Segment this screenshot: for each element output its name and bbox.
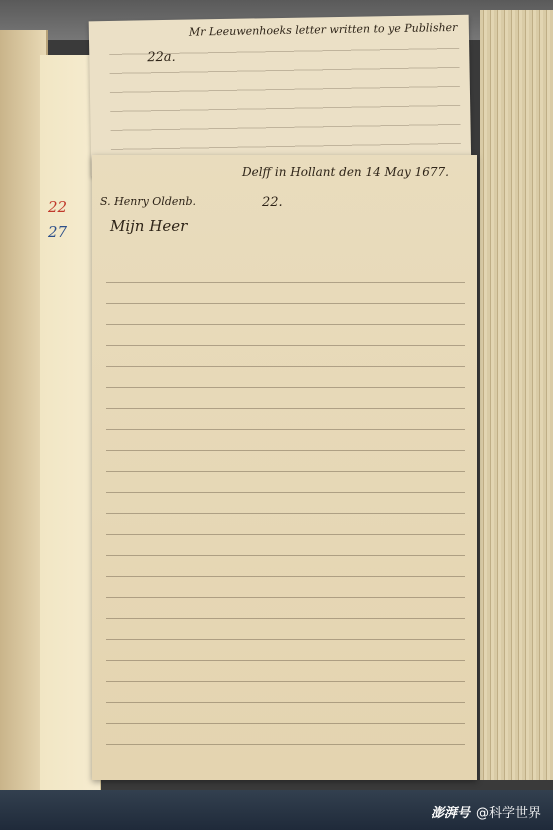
margin-number-red: 22 (48, 198, 67, 216)
letter-salutation: Mijn Heer (110, 217, 187, 235)
watermark: 澎湃号@科学世界 (431, 802, 541, 821)
book-fore-edge (480, 10, 553, 780)
watermark-brand: 澎湃号 (431, 806, 470, 821)
letter-heading: Delff in Hollant den 14 May 1677. (242, 165, 449, 179)
margin-number-blue: 27 (48, 223, 67, 241)
slip-note: 22a. Mr Leeuwenhoeks letter written to y… (89, 15, 472, 177)
letter-page: Delff in Hollant den 14 May 1677. S. Hen… (92, 155, 477, 780)
letter-addressee: S. Henry Oldenb. (100, 195, 196, 208)
letter-handwriting-body (106, 265, 465, 760)
slip-label: 22a. (147, 50, 176, 65)
letter-page-number: 22. (262, 195, 283, 210)
watermark-account: @科学世界 (476, 806, 541, 821)
